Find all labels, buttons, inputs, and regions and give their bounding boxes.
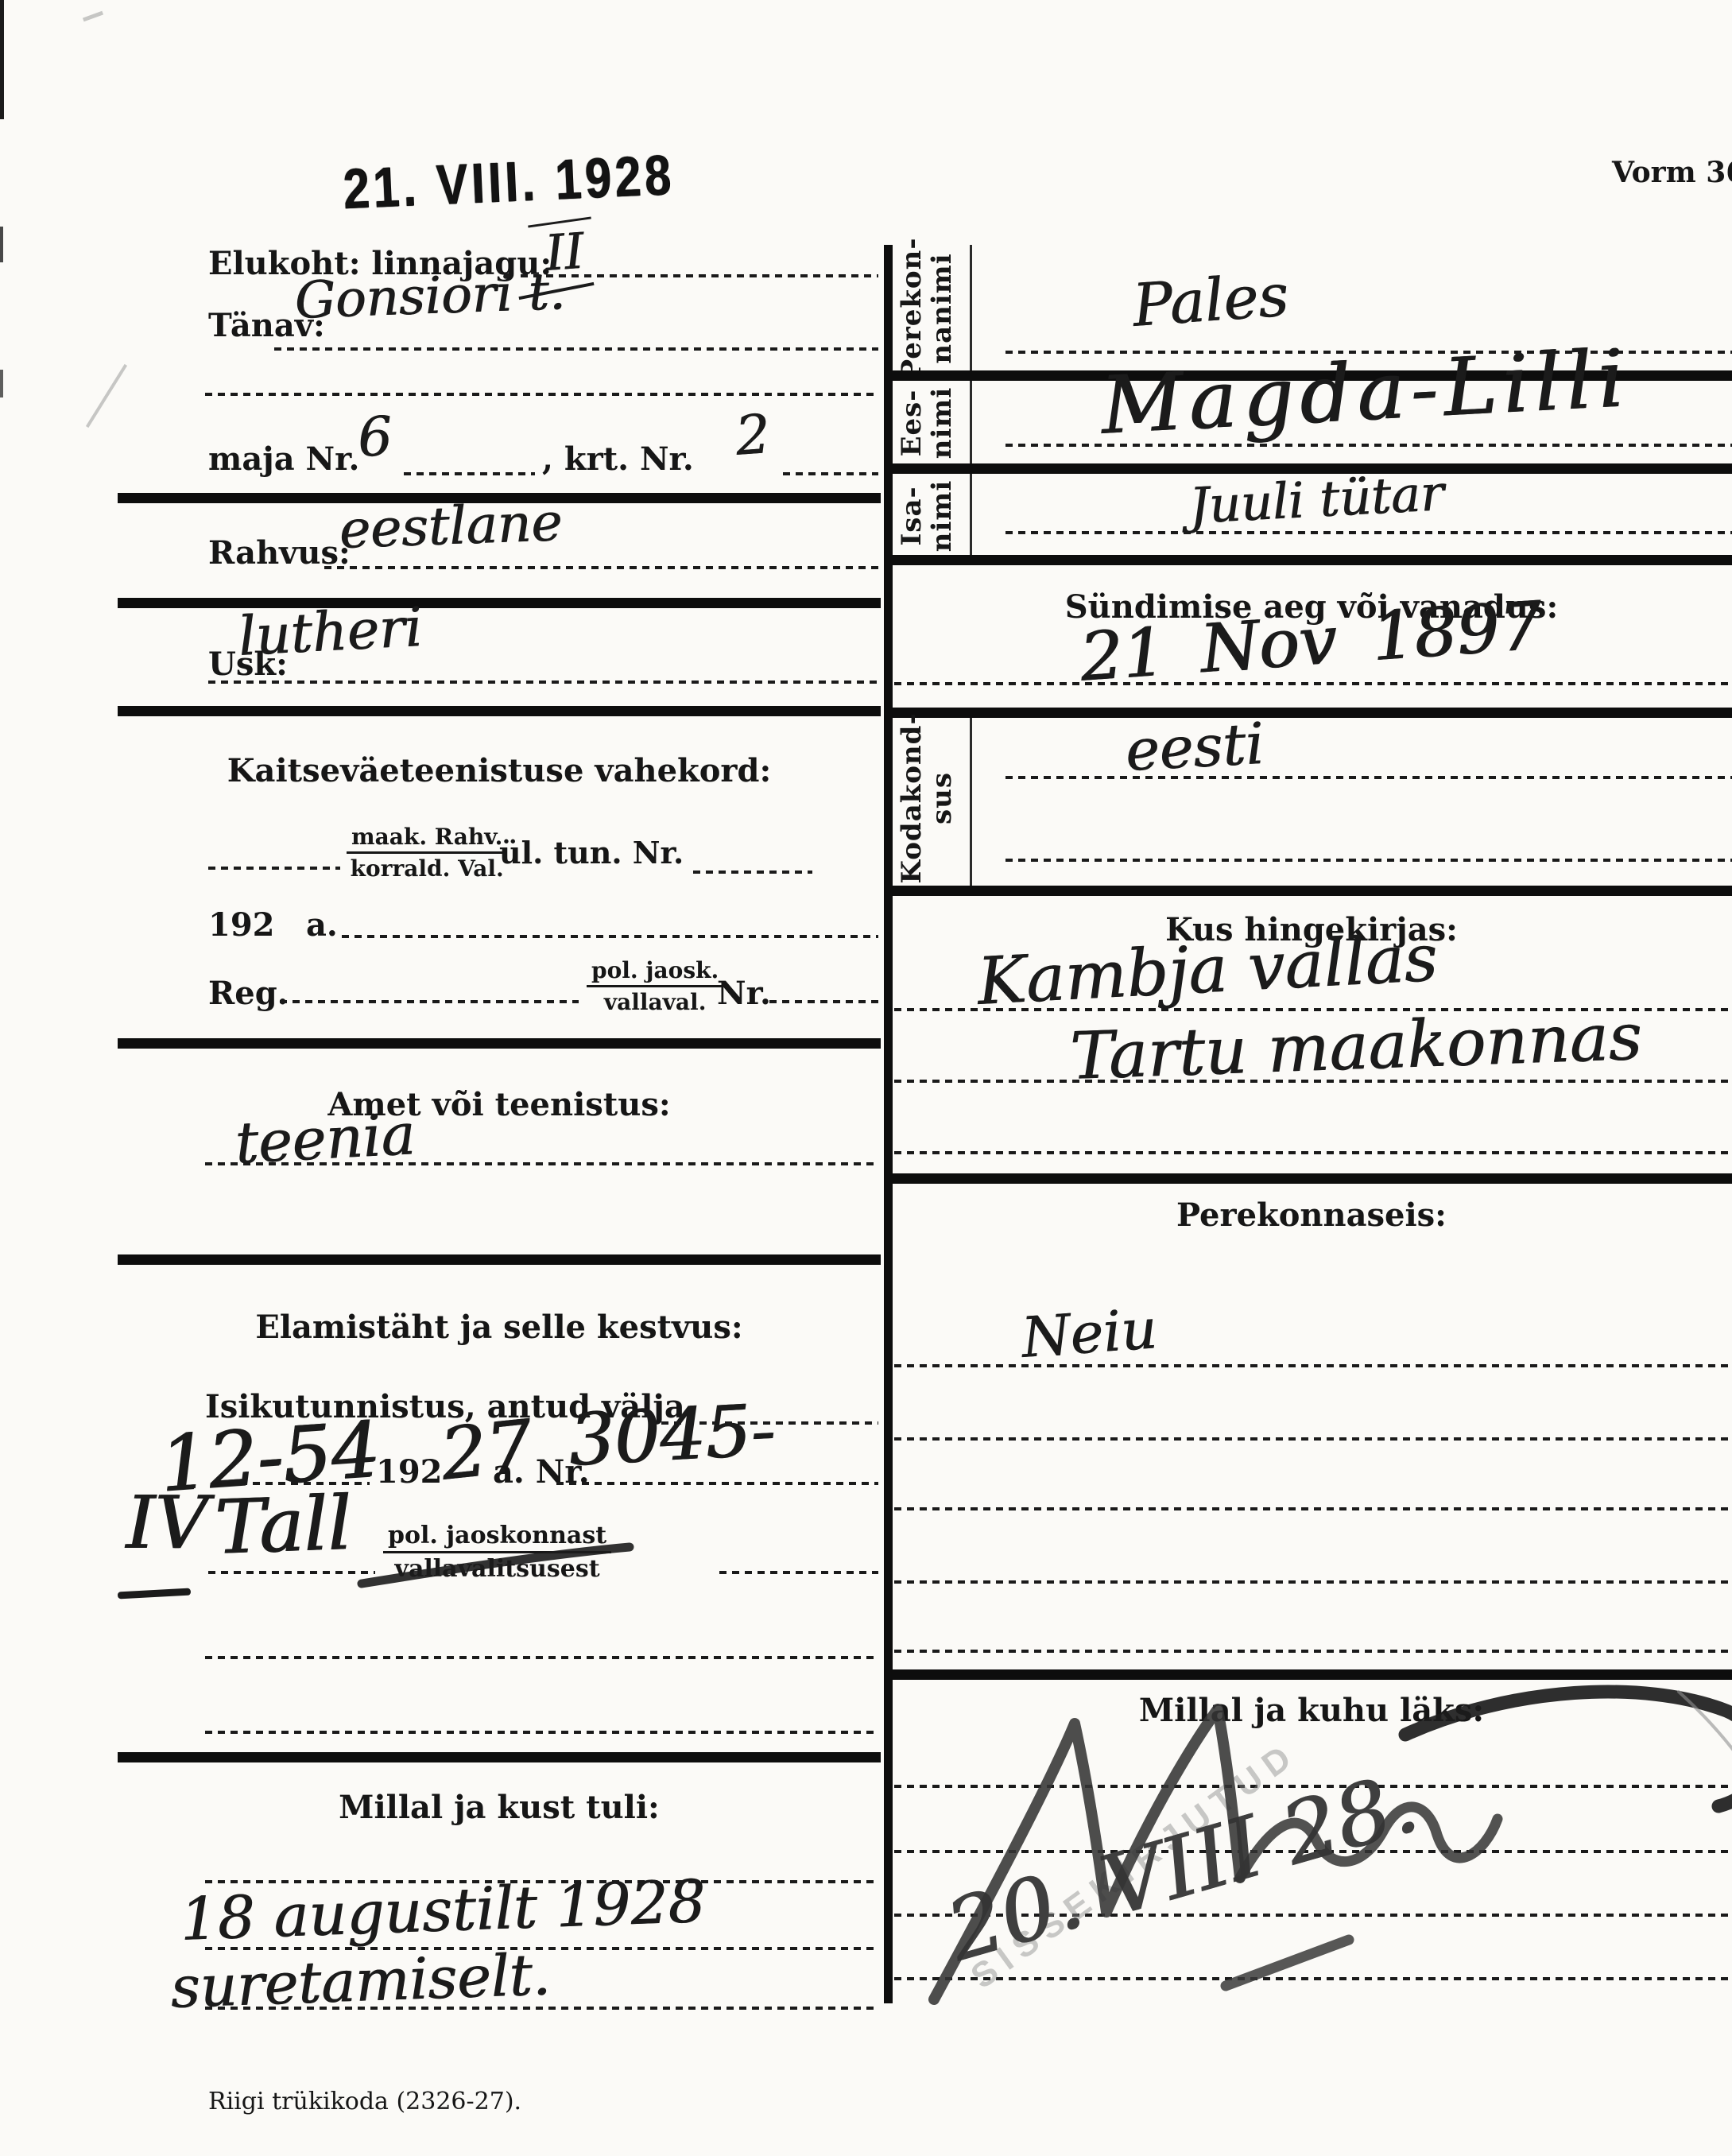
field-label-maja: maja Nr. bbox=[208, 440, 359, 478]
fraction-bottom: vallavalitsusest bbox=[383, 1553, 611, 1583]
dotted-line bbox=[205, 1656, 878, 1659]
fraction-pol-vallaval: pol. jaosk. vallaval. bbox=[587, 957, 723, 1015]
field-label-krt: , krt. Nr. bbox=[542, 440, 694, 478]
row-label-line: Ees- bbox=[897, 390, 927, 457]
label-separator bbox=[970, 245, 972, 370]
scan-edge-mark bbox=[0, 370, 3, 397]
dotted-line bbox=[205, 393, 878, 396]
field-label-nr: Nr. bbox=[717, 975, 771, 1012]
section-rule bbox=[884, 1173, 1732, 1184]
pencil-slash bbox=[86, 364, 127, 428]
hw-isanimi: Juuli tütar bbox=[1188, 463, 1445, 535]
heading-elamistaht: Elamistäht ja selle kestvus: bbox=[118, 1309, 881, 1346]
label-separator bbox=[970, 474, 972, 555]
dotted-line bbox=[894, 1977, 1732, 1980]
section-rule bbox=[118, 1038, 881, 1049]
scan-edge-mark bbox=[0, 0, 4, 119]
fraction-top: pol. jaoskonnast bbox=[383, 1522, 611, 1553]
row-label-perekonnanimi: Perekon- nanimi bbox=[891, 241, 963, 376]
dotted-line bbox=[894, 1650, 1732, 1653]
label-separator bbox=[970, 718, 972, 886]
printer-footer: Riigi trükikoda (2326-27). bbox=[208, 2088, 521, 2115]
row-label-line: Isa- bbox=[897, 486, 927, 545]
heading-perekonnaseis: Perekonnaseis: bbox=[898, 1196, 1725, 1234]
row-label-eesnimi: Ees- nimi bbox=[895, 375, 959, 471]
hw-underline-iv bbox=[118, 1588, 191, 1600]
row-label-kodakondsus: Kodakond- sus bbox=[891, 719, 963, 878]
dotted-line bbox=[769, 1000, 878, 1003]
dotted-line bbox=[280, 1000, 579, 1003]
fraction-bottom: korrald. Val. bbox=[347, 854, 507, 882]
dotted-line bbox=[894, 1507, 1732, 1510]
row-label-isanimi: Isa- nimi bbox=[895, 472, 959, 560]
row-label-line: sus bbox=[927, 772, 957, 824]
section-rule bbox=[118, 598, 881, 608]
pencil-mark bbox=[83, 11, 103, 22]
dotted-line bbox=[894, 1437, 1732, 1441]
dotted-line bbox=[719, 1571, 878, 1574]
heading-kaitsevae: Kaitseväeteenistuse vahekord: bbox=[118, 752, 881, 789]
dotted-line bbox=[208, 867, 340, 870]
dotted-line bbox=[894, 1364, 1732, 1367]
dotted-line bbox=[1005, 531, 1732, 534]
heading-amet: Amet või teenistus: bbox=[118, 1086, 881, 1123]
section-rule bbox=[118, 1752, 881, 1762]
dotted-line bbox=[693, 871, 812, 874]
row-label-line: nimi bbox=[927, 480, 957, 553]
dotted-line bbox=[208, 681, 878, 684]
hw-tanav: Gonsiori t. bbox=[293, 262, 566, 331]
field-label-isiku-year: 192 bbox=[376, 1453, 443, 1491]
form-number: Vorm 36. bbox=[1612, 156, 1732, 189]
fraction-bottom: vallaval. bbox=[587, 987, 723, 1015]
dotted-line bbox=[274, 347, 878, 351]
label-separator bbox=[970, 381, 972, 463]
hw-perekonnanimi: Pales bbox=[1130, 262, 1291, 340]
hw-perekonnaseis: Neiu bbox=[1019, 1296, 1158, 1371]
dotted-line bbox=[894, 1151, 1732, 1154]
hw-district-town: Tall bbox=[213, 1480, 352, 1572]
column-divider bbox=[884, 245, 893, 2003]
dotted-line bbox=[205, 2007, 878, 2010]
hw-rahvus: eestlane bbox=[338, 491, 563, 560]
dotted-line bbox=[556, 1482, 878, 1485]
field-label-year: 192 bbox=[208, 906, 275, 944]
row-label-line: Perekon- bbox=[897, 238, 927, 380]
dotted-line bbox=[205, 1162, 878, 1165]
section-rule bbox=[118, 1254, 881, 1265]
hw-usk: lutheri bbox=[237, 596, 424, 669]
section-rule bbox=[884, 555, 1732, 565]
heading-laks: Millal ja kuhu läks: bbox=[898, 1692, 1725, 1729]
dotted-line bbox=[205, 1731, 878, 1734]
dotted-line bbox=[1005, 859, 1732, 862]
row-label-line: Kodakond- bbox=[897, 712, 927, 883]
dotted-line bbox=[783, 472, 878, 475]
hw-district-iv: IV bbox=[126, 1480, 207, 1565]
dotted-line bbox=[324, 566, 878, 569]
section-rule bbox=[884, 1669, 1732, 1680]
fraction-maak-korrald: maak. Rahv. korrald. Val. bbox=[347, 824, 507, 882]
section-rule bbox=[118, 706, 881, 716]
registration-card: 21. VIII. 1928 Vorm 36. Elukoht: linnaja… bbox=[0, 0, 1732, 2156]
field-label-ul-tun: ül. tun. Nr. bbox=[499, 835, 684, 871]
dotted-line bbox=[208, 1571, 375, 1574]
hw-krt-nr: 2 bbox=[733, 403, 772, 468]
hw-maja-nr: 6 bbox=[356, 405, 393, 470]
dotted-line bbox=[894, 682, 1732, 685]
date-stamp: 21. VIII. 1928 bbox=[342, 143, 676, 223]
row-label-line: nimi bbox=[927, 387, 957, 460]
fraction-top: maak. Rahv. bbox=[347, 824, 507, 854]
dotted-line bbox=[894, 1580, 1732, 1584]
pencil-curve bbox=[1679, 1692, 1732, 2105]
hw-isiku-nr: 3045- bbox=[567, 1389, 777, 1483]
dotted-line bbox=[342, 935, 878, 938]
heading-tuli: Millal ja kust tuli: bbox=[118, 1789, 881, 1826]
row-label-line: nanimi bbox=[927, 253, 957, 363]
field-label-year-a: a. bbox=[306, 906, 338, 944]
section-rule bbox=[884, 708, 1732, 718]
fraction-top: pol. jaosk. bbox=[587, 957, 723, 987]
fraction-jaoskonnast: pol. jaoskonnast vallavalitsusest bbox=[383, 1522, 611, 1583]
hw-kodakondsus: eesti bbox=[1124, 710, 1265, 784]
dotted-line bbox=[1005, 444, 1732, 447]
section-rule bbox=[884, 886, 1732, 896]
dotted-line bbox=[1005, 776, 1732, 779]
dotted-line bbox=[894, 1080, 1732, 1083]
dotted-line bbox=[521, 274, 878, 277]
field-label-reg: Reg. bbox=[208, 975, 289, 1012]
dotted-line bbox=[404, 472, 535, 475]
scan-edge-mark bbox=[0, 227, 3, 262]
